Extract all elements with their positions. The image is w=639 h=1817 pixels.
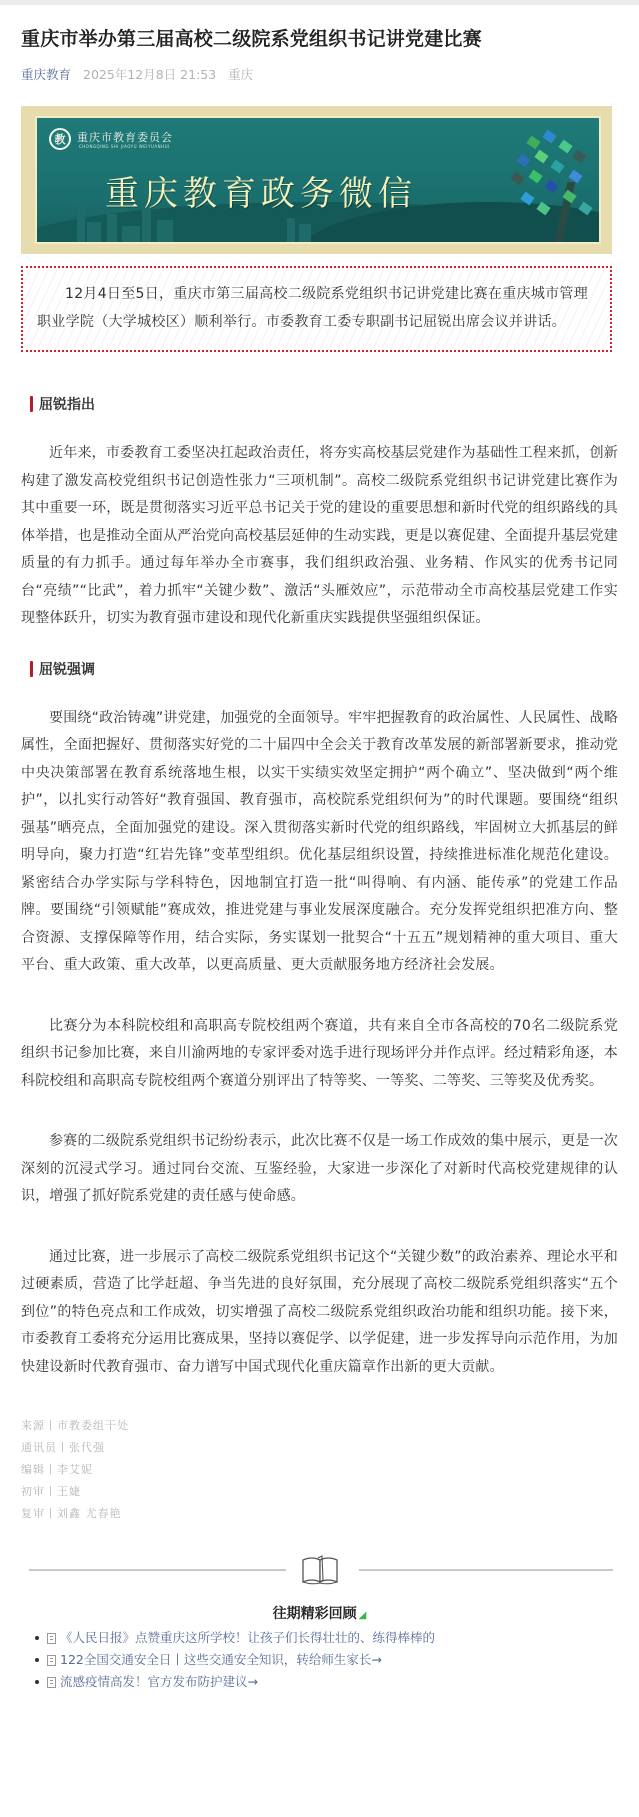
divider-line [29, 1569, 286, 1571]
review-item[interactable]: 122全国交通安全日丨这些交通安全知识，转给师生家长→ [35, 1649, 618, 1671]
divider-line [359, 1569, 613, 1571]
leaf-icon [534, 150, 548, 164]
account-name-link[interactable]: 重庆教育 [21, 67, 71, 82]
heading-marker-icon [30, 396, 33, 412]
lead-text: 12月4日至5日，重庆市第三届高校二级院系党组织书记讲党建比赛在重庆城市管理职业… [37, 280, 596, 336]
review-list: 《人民日报》点赞重庆这所学校！让孩子们长得壮壮的、练得棒棒的 122全国交通安全… [35, 1627, 618, 1693]
article-meta: 重庆教育 2025年12月8日 21:53 重庆 [21, 66, 618, 84]
paragraph: 近年来，市委教育工委坚决扛起政治责任，将夯实高校基层党建作为基础性工程来抓，创新… [21, 440, 618, 633]
paragraph: 通过比赛，进一步展示了高校二级院系党组织书记这个“关键少数”的政治素养、理论水平… [21, 1244, 618, 1382]
credit-first-review: 初审丨王婕 [21, 1481, 618, 1503]
section-heading-label: 屈锐强调 [39, 659, 95, 679]
banner-panel: 教 重庆市教育委员会 CHONGQING SHI JIAOYU WEIYUANH… [35, 116, 601, 244]
credit-source: 来源丨市教委组干处 [21, 1415, 618, 1437]
banner-slogan: 重庆教育政务微信 [105, 166, 417, 215]
sparkle-icon: ◢ [359, 1610, 367, 1621]
credit-final-review: 复审丨刘鑫 尤春艳 [21, 1503, 618, 1525]
review-item-link[interactable]: 流感疫情高发！官方发布防护建议→ [60, 1671, 258, 1693]
leaf-icon [558, 140, 572, 154]
paragraph: 比赛分为本科院校组和高职高专院校组两个赛道，共有来自全市各高校的70名二级院系党… [21, 1013, 618, 1096]
section-heading: 屈锐强调 [30, 659, 618, 679]
review-item[interactable]: 流感疫情高发！官方发布防护建议→ [35, 1671, 618, 1693]
review-divider [21, 1547, 618, 1591]
article: 重庆市举办第三届高校二级院系党组织书记讲党建比赛 重庆教育 2025年12月8日… [0, 25, 639, 1693]
education-commission-logo-icon: 教 [49, 128, 71, 150]
document-icon [47, 1633, 56, 1644]
review-title-label: 往期精彩回顾 [273, 1606, 357, 1622]
city-skyline [87, 222, 101, 242]
credit-correspondent: 通讯员丨张代强 [21, 1437, 618, 1459]
banner-org-name-en: CHONGQING SHI JIAOYU WEIYUANHUI [79, 144, 170, 149]
leaf-icon [526, 136, 540, 150]
document-icon [47, 1677, 56, 1688]
lead-summary-box: 12月4日至5日，重庆市第三届高校二级院系党组织书记讲党建比赛在重庆城市管理职业… [21, 266, 612, 352]
leaf-icon [550, 160, 564, 174]
document-icon [47, 1655, 56, 1666]
top-bar [0, 0, 639, 5]
review-item[interactable]: 《人民日报》点赞重庆这所学校！让孩子们长得壮壮的、练得棒棒的 [35, 1627, 618, 1649]
section-heading: 屈锐指出 [30, 394, 618, 414]
city-skyline [287, 218, 295, 242]
city-skyline [299, 224, 311, 242]
review-section-title: 往期精彩回顾◢ [21, 1603, 618, 1623]
review-item-link[interactable]: 122全国交通安全日丨这些交通安全知识，转给师生家长→ [60, 1649, 382, 1671]
banner-org-name: 重庆市教育委员会 [77, 129, 173, 145]
publish-date: 2025年12月8日 21:53 [83, 67, 216, 82]
paragraph: 参赛的二级院系党组织书记纷纷表示，此次比赛不仅是一场工作成效的集中展示，更是一次… [21, 1128, 618, 1211]
credit-editor: 编辑丨李艾妮 [21, 1459, 618, 1481]
credits: 来源丨市教委组干处 通讯员丨张代强 编辑丨李艾妮 初审丨王婕 复审丨刘鑫 尤春艳 [21, 1415, 618, 1525]
review-item-link[interactable]: 《人民日报》点赞重庆这所学校！让孩子们长得壮壮的、练得棒棒的 [60, 1627, 435, 1649]
open-book-icon [300, 1552, 340, 1586]
leaf-icon [510, 172, 524, 186]
article-title: 重庆市举办第三届高校二级院系党组织书记讲党建比赛 [21, 25, 618, 53]
city-skyline [107, 214, 117, 242]
leaf-icon [516, 154, 530, 168]
banner-image: 教 重庆市教育委员会 CHONGQING SHI JIAOYU WEIYUANH… [21, 106, 612, 254]
leaf-icon [572, 150, 586, 164]
leaf-icon [542, 130, 556, 144]
bullet-icon [35, 1680, 39, 1684]
city-skyline [122, 226, 140, 242]
bullet-icon [35, 1636, 39, 1640]
heading-marker-icon [30, 661, 33, 677]
leaf-icon [528, 170, 542, 184]
section-heading-label: 屈锐指出 [39, 394, 95, 414]
leaf-icon [544, 180, 558, 194]
city-skyline [77, 200, 85, 242]
city-skyline [157, 220, 173, 242]
paragraph: 要围绕“政治铸魂”讲党建，加强党的全面领导。牢牢把握教育的政治属性、人民属性、战… [21, 705, 618, 980]
publish-location: 重庆 [228, 67, 253, 82]
bullet-icon [35, 1658, 39, 1662]
